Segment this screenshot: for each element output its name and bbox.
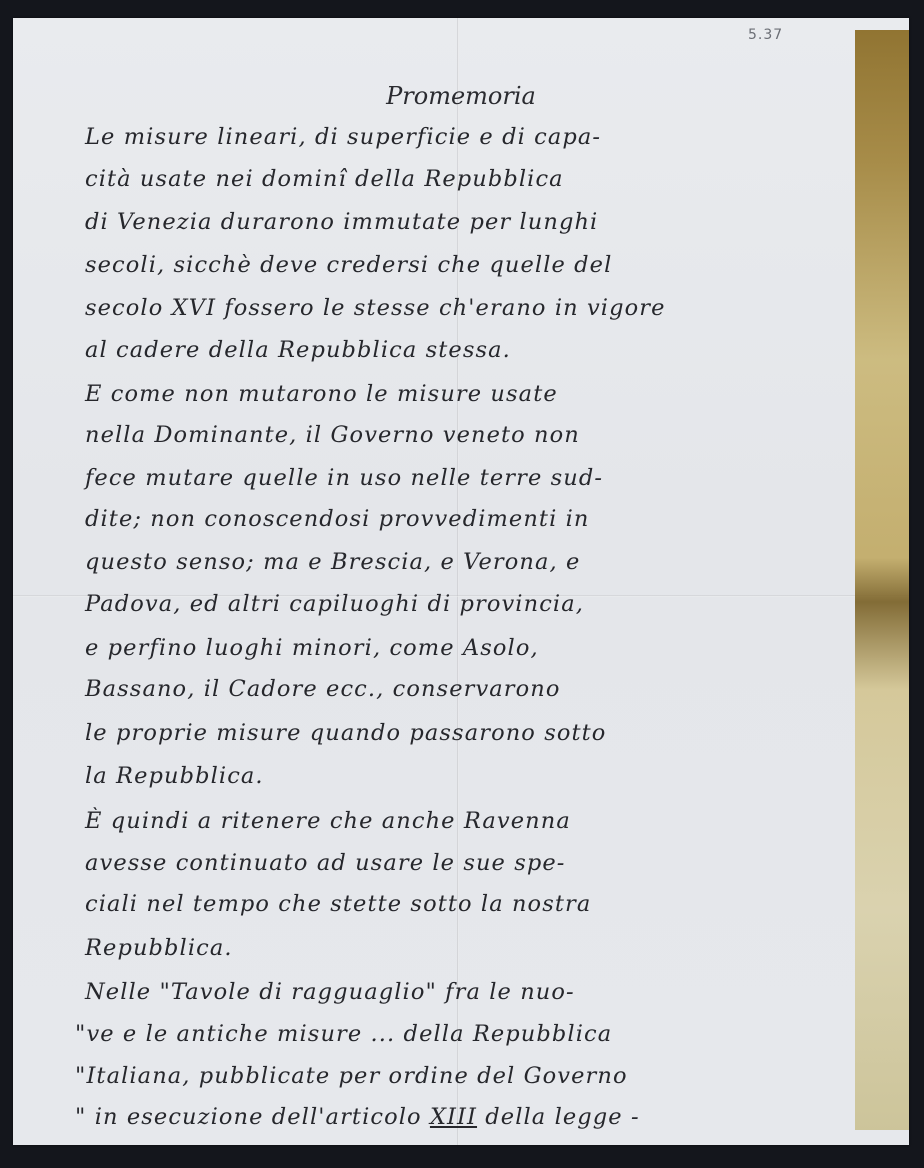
text-line: fece mutare quelle in uso nelle terre su…: [85, 465, 603, 491]
text-line: Le misure lineari, di superficie e di ca…: [85, 124, 601, 150]
text-line: Padova, ed altri capiluoghi di provincia…: [85, 591, 584, 617]
text-line: dite; non conoscendosi provvedimenti in: [85, 506, 590, 532]
text-line: "ve e le antiche misure ... della Repubb…: [75, 1021, 612, 1047]
text-segment: della legge -: [485, 1104, 639, 1130]
text-line: di Venezia durarono immutate per lunghi: [85, 209, 598, 235]
text-line: È quindi a ritenere che anche Ravenna: [85, 808, 571, 834]
manuscript-page: 5.37 Promemoria Le misure lineari, di su…: [13, 18, 909, 1145]
text-line: nella Dominante, il Governo veneto non: [85, 422, 580, 448]
text-line: e perfino luoghi minori, come Asolo,: [85, 635, 539, 661]
text-line: questo senso; ma e Brescia, e Verona, e: [85, 549, 580, 575]
text-line: cità usate nei dominî della Repubblica: [85, 166, 564, 192]
document-title: Promemoria: [13, 82, 909, 110]
text-line: le proprie misure quando passarono sotto: [85, 720, 606, 746]
text-line: Repubblica.: [85, 935, 233, 961]
text-line-last: " in esecuzione dell'articolo XIII della…: [75, 1104, 640, 1130]
text-segment: " in esecuzione dell'articolo: [75, 1104, 422, 1130]
text-line: "Italiana, pubblicate per ordine del Gov…: [75, 1063, 628, 1089]
edge-stain: [855, 30, 909, 1130]
text-line: ciali nel tempo che stette sotto la nost…: [85, 891, 591, 917]
text-line: avesse continuato ad usare le sue spe-: [85, 850, 566, 876]
text-line: E come non mutarono le misure usate: [85, 381, 558, 407]
article-number: XIII: [430, 1104, 477, 1130]
text-line: Bassano, il Cadore ecc., conservarono: [85, 676, 561, 702]
text-line: secoli, sicchè deve credersi che quelle …: [85, 252, 612, 278]
text-line: la Repubblica.: [85, 763, 264, 789]
text-line: al cadere della Repubblica stessa.: [85, 337, 511, 363]
text-line: Nelle "Tavole di ragguaglio" fra le nuo-: [85, 979, 575, 1005]
page-number: 5.37: [748, 27, 783, 43]
text-line: secolo XVI fossero le stesse ch'erano in…: [85, 295, 666, 321]
